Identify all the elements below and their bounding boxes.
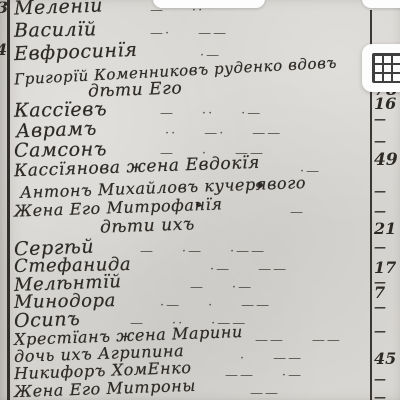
ditto-marks: —— —— (255, 333, 342, 348)
grid-3x3-icon (372, 53, 400, 83)
toolbar-edge-corner (362, 0, 400, 8)
ditto-marks: · —— (240, 351, 303, 366)
ditto-marks: —— (250, 386, 280, 400)
tally-number: 49 (374, 150, 400, 170)
ditto-marks: ·· —· —— (165, 126, 282, 141)
tally-number: 45 (374, 349, 400, 368)
ink-blot (256, 182, 263, 188)
ditto-marks: — (290, 205, 305, 220)
tally-dash: — (374, 300, 400, 314)
ditto-marks: — ·— (190, 280, 253, 295)
tally-dash: — (374, 240, 400, 254)
scanned-document-page: Меленїй— ··Василїй—· ——Евфросинїя·—Григо… (0, 0, 400, 400)
manuscript-line: Меленїй (14, 0, 104, 20)
ditto-marks: —— ·— (225, 368, 303, 383)
tally-dash: — (374, 372, 400, 386)
ditto-marks: ·— · —— (160, 298, 271, 313)
manuscript-line: дѣти ихъ (100, 214, 196, 237)
tally-dash: — (374, 204, 400, 218)
tally-number: 21 (374, 219, 400, 238)
toolbar-edge-top (153, 0, 265, 8)
ditto-marks: — ·— ·—— (140, 244, 266, 259)
ink-blot (196, 202, 201, 207)
manuscript-line: Василїй (14, 18, 97, 41)
manuscript-line: Евфросинїя (14, 39, 138, 65)
tally-dash: — (374, 134, 400, 148)
grid-view-button[interactable] (362, 44, 400, 92)
ditto-marks: ·— —— (210, 262, 288, 277)
tally-dash: — (374, 184, 400, 198)
ruled-line-left-border (7, 0, 10, 400)
tally-dash: — (374, 390, 400, 400)
ditto-marks: —· —— (150, 26, 228, 41)
document-viewer: Меленїй— ··Василїй—· ——Евфросинїя·—Григо… (0, 0, 400, 400)
margin-number: 4 (0, 40, 7, 59)
tally-dash: — (374, 324, 400, 338)
tally-dash: — (374, 112, 400, 126)
ditto-marks: — ·· ·— (160, 106, 262, 121)
tally-number: 16 (374, 94, 400, 113)
margin-number: 3 (0, 0, 8, 17)
